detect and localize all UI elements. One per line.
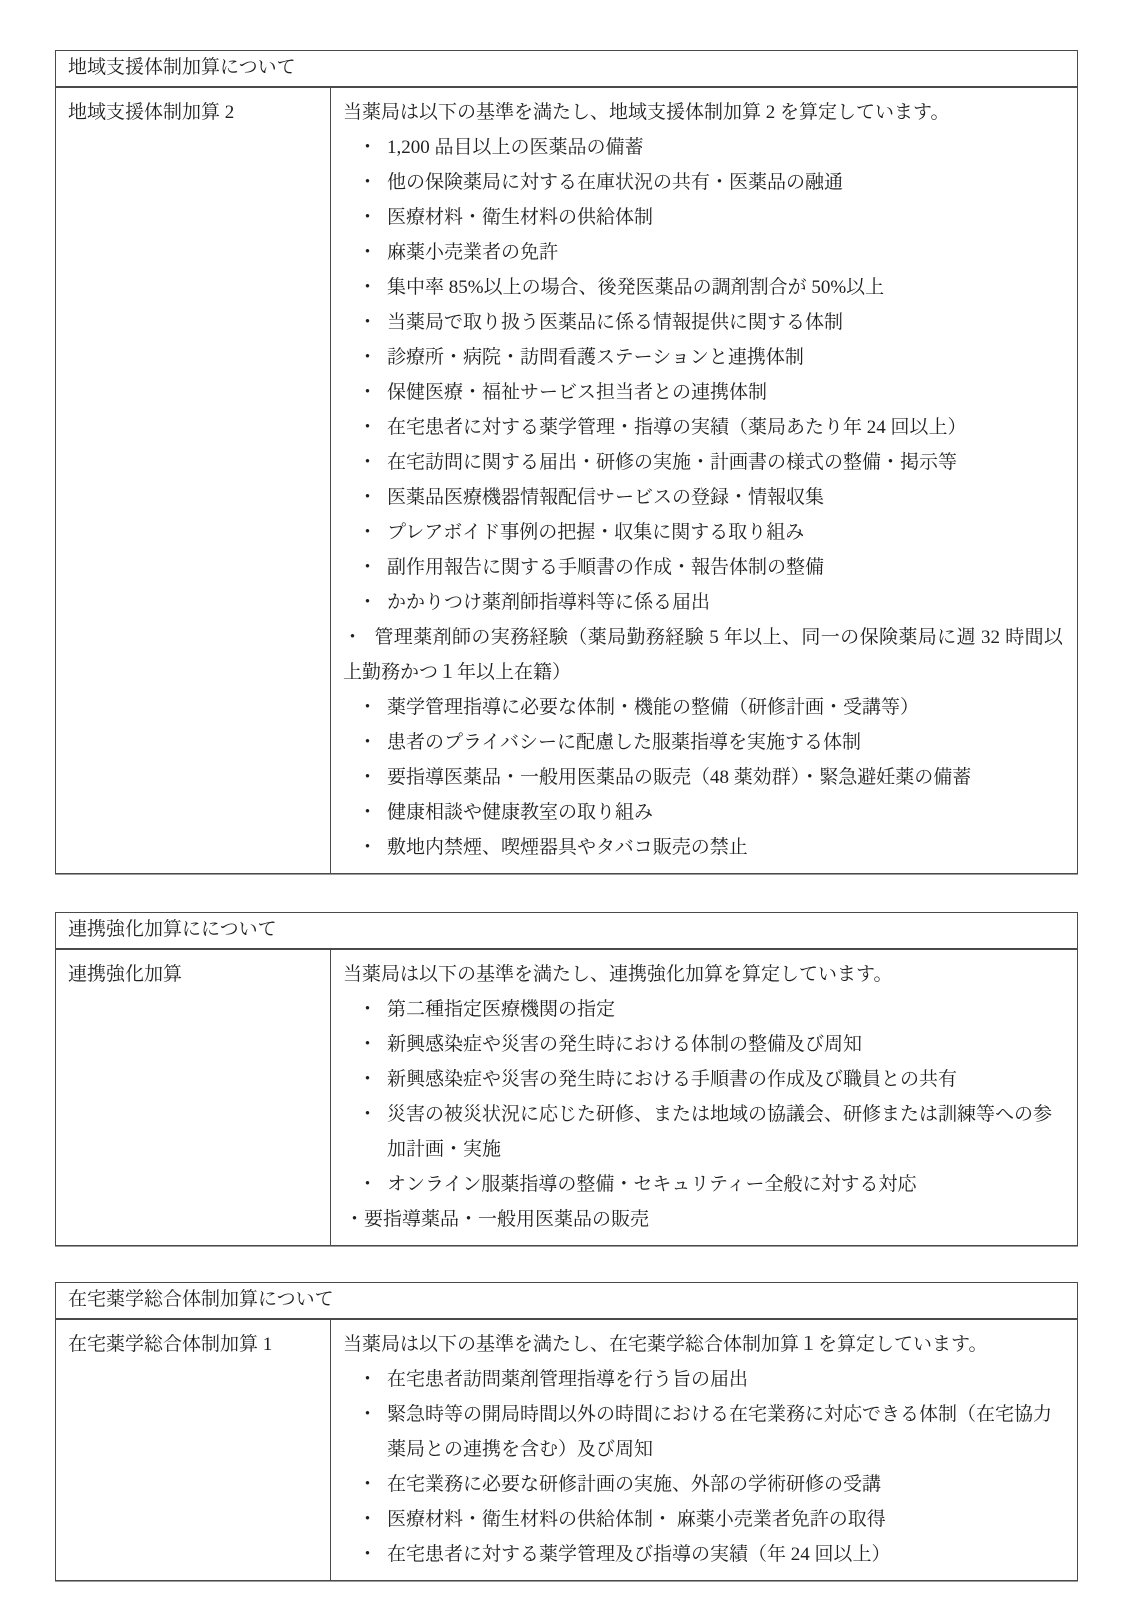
criteria-item: ・新興感染症や災害の発生時における手順書の作成及び職員との共有 (343, 1062, 1063, 1097)
criteria-text: 集中率 85%以上の場合、後発医薬品の調剤割合が 50%以上 (387, 277, 884, 298)
addition-name-cell: 地域支援体制加算 2 (56, 88, 331, 873)
criteria-text: オンライン服薬指導の整備・セキュリティー全般に対する対応 (387, 1174, 917, 1195)
bullet-marker: ・ (358, 480, 377, 515)
bullet-marker: ・ (358, 445, 377, 480)
criteria-item: ・医療材料・衛生材料の供給体制・ 麻薬小売業者免許の取得 (343, 1502, 1063, 1537)
criteria-item: ・在宅患者訪問薬剤管理指導を行う旨の届出 (343, 1362, 1063, 1397)
criteria-item: ・健康相談や健康教室の取り組み (343, 795, 1063, 830)
criteria-cell: 当薬局は以下の基準を満たし、地域支援体制加算 2 を算定しています。 ・1,20… (331, 88, 1077, 873)
criteria-text: 薬学管理指導に必要な体制・機能の整備（研修計画・受講等） (387, 697, 919, 718)
bullet-marker: ・ (358, 585, 377, 620)
addition-name-cell: 連携強化加算 (56, 950, 331, 1245)
criteria-item: ・当薬局で取り扱う医薬品に係る情報提供に関する体制 (343, 305, 1063, 340)
criteria-item: ・緊急時等の開局時間以外の時間における在宅業務に対応できる体制（在宅協力薬局との… (343, 1397, 1063, 1467)
bullet-marker: ・ (358, 1167, 377, 1202)
criteria-text: 管理薬剤師の実務経験（薬局勤務経験 5 年以上、同一の保険薬局に週 32 時間以… (343, 627, 1063, 683)
criteria-list: ・1,200 品目以上の医薬品の備蓄・他の保険薬局に対する在庫状況の共有・医薬品… (343, 130, 1063, 865)
criteria-item: ・1,200 品目以上の医薬品の備蓄 (343, 130, 1063, 165)
criteria-item: ・患者のプライバシーに配慮した服薬指導を実施する体制 (343, 725, 1063, 760)
criteria-item: ・プレアボイド事例の把握・収集に関する取り組み (343, 515, 1063, 550)
addition-name: 在宅薬学総合体制加算 1 (68, 1334, 272, 1355)
bullet-marker: ・ (345, 1209, 364, 1230)
criteria-item: ・オンライン服薬指導の整備・セキュリティー全般に対する対応 (343, 1167, 1063, 1202)
criteria-text: かかりつけ薬剤師指導料等に係る届出 (387, 592, 710, 613)
bullet-marker: ・ (358, 1362, 377, 1397)
criteria-item: ・管理薬剤師の実務経験（薬局勤務経験 5 年以上、同一の保険薬局に週 32 時間… (343, 620, 1063, 690)
criteria-text: 在宅患者に対する薬学管理・指導の実績（薬局あたり年 24 回以上） (387, 417, 967, 438)
bullet-marker: ・ (358, 830, 377, 865)
bullet-marker: ・ (358, 305, 377, 340)
bullet-marker: ・ (358, 1467, 377, 1502)
criteria-text: 医療材料・衛生材料の供給体制 (387, 207, 653, 228)
bullet-marker: ・ (343, 627, 362, 648)
table-title: 在宅薬学総合体制加算について (68, 1289, 334, 1310)
document-page: { "page": { "background": "#ffffff", "te… (0, 0, 1135, 1606)
criteria-item: ・在宅訪問に関する届出・研修の実施・計画書の様式の整備・掲示等 (343, 445, 1063, 480)
bullet-marker: ・ (358, 130, 377, 165)
table-row: 地域支援体制加算 2 当薬局は以下の基準を満たし、地域支援体制加算 2 を算定し… (56, 88, 1077, 873)
criteria-cell: 当薬局は以下の基準を満たし、連携強化加算を算定しています。 ・第二種指定医療機関… (331, 950, 1077, 1245)
criteria-text: 患者のプライバシーに配慮した服薬指導を実施する体制 (387, 732, 861, 753)
criteria-text: 要指導医薬品・一般用医薬品の販売（48 薬効群）・緊急避妊薬の備蓄 (387, 767, 971, 788)
table-title: 地域支援体制加算について (68, 57, 296, 78)
criteria-item: ・災害の被災状況に応じた研修、または地域の協議会、研修または訓練等への参加計画・… (343, 1097, 1063, 1167)
table-cooperation-strengthening-addition: 連携強化加算にについて 連携強化加算 当薬局は以下の基準を満たし、連携強化加算を… (55, 912, 1078, 1246)
criteria-item: ・要指導薬品・一般用医薬品の販売 (343, 1202, 1063, 1237)
table-row: 連携強化加算 当薬局は以下の基準を満たし、連携強化加算を算定しています。 ・第二… (56, 950, 1077, 1245)
criteria-list: ・第二種指定医療機関の指定・新興感染症や災害の発生時における体制の整備及び周知・… (343, 992, 1063, 1237)
criteria-text: 緊急時等の開局時間以外の時間における在宅業務に対応できる体制（在宅協力薬局との連… (387, 1404, 1052, 1460)
bullet-marker: ・ (358, 1397, 377, 1432)
bullet-marker: ・ (358, 795, 377, 830)
bullet-marker: ・ (358, 375, 377, 410)
criteria-text: 新興感染症や災害の発生時における手順書の作成及び職員との共有 (387, 1069, 957, 1090)
criteria-text: 麻薬小売業者の免許 (387, 242, 558, 263)
criteria-text: 在宅患者訪問薬剤管理指導を行う旨の届出 (387, 1369, 748, 1390)
criteria-item: ・薬学管理指導に必要な体制・機能の整備（研修計画・受講等） (343, 690, 1063, 725)
criteria-item: ・在宅患者に対する薬学管理・指導の実績（薬局あたり年 24 回以上） (343, 410, 1063, 445)
criteria-text: 災害の被災状況に応じた研修、または地域の協議会、研修または訓練等への参加計画・実… (387, 1104, 1052, 1160)
criteria-text: 要指導薬品・一般用医薬品の販売 (364, 1209, 649, 1230)
criteria-text: 診療所・病院・訪問看護ステーションと連携体制 (387, 347, 804, 368)
bullet-marker: ・ (358, 1502, 377, 1537)
criteria-text: プレアボイド事例の把握・収集に関する取り組み (387, 522, 804, 543)
bullet-marker: ・ (358, 200, 377, 235)
bullet-marker: ・ (358, 690, 377, 725)
criteria-text: 第二種指定医療機関の指定 (387, 999, 615, 1020)
table-header: 連携強化加算にについて (56, 913, 1077, 950)
criteria-item: ・かかりつけ薬剤師指導料等に係る届出 (343, 585, 1063, 620)
criteria-item: ・保健医療・福祉サービス担当者との連携体制 (343, 375, 1063, 410)
criteria-item: ・麻薬小売業者の免許 (343, 235, 1063, 270)
addition-name-cell: 在宅薬学総合体制加算 1 (56, 1320, 331, 1580)
bullet-marker: ・ (358, 760, 377, 795)
bullet-marker: ・ (358, 1027, 377, 1062)
table-home-pharmacy-comprehensive-addition: 在宅薬学総合体制加算について 在宅薬学総合体制加算 1 当薬局は以下の基準を満た… (55, 1282, 1078, 1581)
criteria-item: ・他の保険薬局に対する在庫状況の共有・医薬品の融通 (343, 165, 1063, 200)
criteria-text: 当薬局で取り扱う医薬品に係る情報提供に関する体制 (387, 312, 843, 333)
criteria-text: 他の保険薬局に対する在庫状況の共有・医薬品の融通 (387, 172, 843, 193)
table-regional-support-addition: 地域支援体制加算について 地域支援体制加算 2 当薬局は以下の基準を満たし、地域… (55, 50, 1078, 874)
criteria-item: ・副作用報告に関する手順書の作成・報告体制の整備 (343, 550, 1063, 585)
criteria-text: 医薬品医療機器情報配信サービスの登録・情報収集 (387, 487, 824, 508)
criteria-text: 在宅業務に必要な研修計画の実施、外部の学術研修の受講 (387, 1474, 881, 1495)
addition-name: 地域支援体制加算 2 (68, 102, 234, 123)
criteria-text: 在宅訪問に関する届出・研修の実施・計画書の様式の整備・掲示等 (387, 452, 957, 473)
criteria-text: 在宅患者に対する薬学管理及び指導の実績（年 24 回以上） (387, 1544, 891, 1565)
bullet-marker: ・ (358, 1062, 377, 1097)
bullet-marker: ・ (358, 550, 377, 585)
criteria-text: 医療材料・衛生材料の供給体制・ 麻薬小売業者免許の取得 (387, 1509, 886, 1530)
table-row: 在宅薬学総合体制加算 1 当薬局は以下の基準を満たし、在宅薬学総合体制加算１を算… (56, 1320, 1077, 1580)
criteria-item: ・要指導医薬品・一般用医薬品の販売（48 薬効群）・緊急避妊薬の備蓄 (343, 760, 1063, 795)
criteria-item: ・第二種指定医療機関の指定 (343, 992, 1063, 1027)
table-header: 在宅薬学総合体制加算について (56, 1283, 1077, 1320)
criteria-item: ・在宅業務に必要な研修計画の実施、外部の学術研修の受講 (343, 1467, 1063, 1502)
bullet-marker: ・ (358, 1537, 377, 1572)
criteria-text: 保健医療・福祉サービス担当者との連携体制 (387, 382, 767, 403)
table-title: 連携強化加算にについて (68, 919, 277, 940)
criteria-text: 1,200 品目以上の医薬品の備蓄 (387, 137, 644, 158)
bullet-marker: ・ (358, 992, 377, 1027)
criteria-item: ・医薬品医療機器情報配信サービスの登録・情報収集 (343, 480, 1063, 515)
criteria-intro: 当薬局は以下の基準を満たし、在宅薬学総合体制加算１を算定しています。 (343, 1327, 1063, 1362)
bullet-marker: ・ (358, 235, 377, 270)
bullet-marker: ・ (358, 725, 377, 760)
criteria-intro: 当薬局は以下の基準を満たし、地域支援体制加算 2 を算定しています。 (343, 95, 1063, 130)
addition-name: 連携強化加算 (68, 964, 182, 985)
criteria-text: 新興感染症や災害の発生時における体制の整備及び周知 (387, 1034, 862, 1055)
criteria-cell: 当薬局は以下の基準を満たし、在宅薬学総合体制加算１を算定しています。 ・在宅患者… (331, 1320, 1077, 1580)
criteria-item: ・医療材料・衛生材料の供給体制 (343, 200, 1063, 235)
criteria-item: ・新興感染症や災害の発生時における体制の整備及び周知 (343, 1027, 1063, 1062)
bullet-marker: ・ (358, 165, 377, 200)
bullet-marker: ・ (358, 515, 377, 550)
bullet-marker: ・ (358, 270, 377, 305)
criteria-text: 副作用報告に関する手順書の作成・報告体制の整備 (387, 557, 824, 578)
bullet-marker: ・ (358, 1097, 377, 1132)
criteria-intro: 当薬局は以下の基準を満たし、連携強化加算を算定しています。 (343, 957, 1063, 992)
criteria-item: ・在宅患者に対する薬学管理及び指導の実績（年 24 回以上） (343, 1537, 1063, 1572)
criteria-item: ・集中率 85%以上の場合、後発医薬品の調剤割合が 50%以上 (343, 270, 1063, 305)
bullet-marker: ・ (358, 410, 377, 445)
criteria-list: ・在宅患者訪問薬剤管理指導を行う旨の届出・緊急時等の開局時間以外の時間における在… (343, 1362, 1063, 1572)
table-header: 地域支援体制加算について (56, 51, 1077, 88)
criteria-item: ・診療所・病院・訪問看護ステーションと連携体制 (343, 340, 1063, 375)
criteria-item: ・敷地内禁煙、喫煙器具やタバコ販売の禁止 (343, 830, 1063, 865)
criteria-text: 敷地内禁煙、喫煙器具やタバコ販売の禁止 (387, 837, 748, 858)
criteria-text: 健康相談や健康教室の取り組み (387, 802, 653, 823)
bullet-marker: ・ (358, 340, 377, 375)
